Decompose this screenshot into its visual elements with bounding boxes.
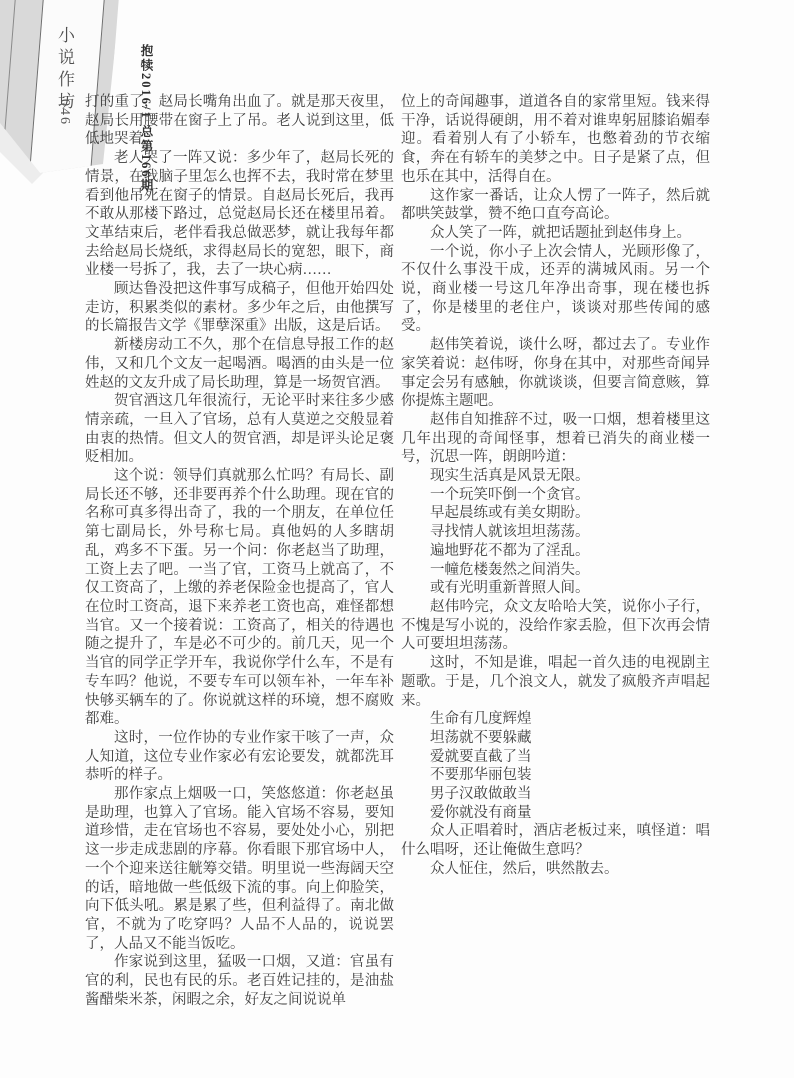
- verse-line: 一幢危楼轰然之间消失。: [401, 561, 710, 580]
- paragraph: 众人正唱着时，酒店老板过来，嗔怪道：唱什么唱呀，还让俺做生意吗？: [401, 822, 710, 859]
- verse-line: 一个玩笑吓倒一个贪官。: [401, 486, 710, 505]
- verse-line: 遍地野花不都为了淫乱。: [401, 542, 710, 561]
- paragraph: 一个说，你小子上次会情人，光顾形像了，不仅什么事没干成，还弄的满城风雨。另一个说…: [401, 243, 710, 337]
- paragraph: 这时，不知是谁，唱起一首久违的电视剧主题歌。于是，几个浪文人，就发了疯般齐声唱起…: [401, 654, 710, 710]
- paragraph: 这作家一番话，让众人愣了一阵子，然后就都哄笑鼓掌，赞不绝口直夸高论。: [401, 187, 710, 224]
- paragraph: 新楼房动工不久，那个在信息导报工作的赵伟，又和几个文友一起喝酒。喝酒的由头是一位…: [85, 336, 394, 392]
- verse-line: 男子汉敢做敢当: [401, 785, 710, 804]
- paragraph: 这个说：领导们真就那么忙吗？有局长、副局长还不够，还非要再养个什么助理。现在官的…: [85, 467, 394, 729]
- verse-line: 坦荡就不要躲藏: [401, 729, 710, 748]
- paragraph: 老人哭了一阵又说：多少年了，赵局长死的情景，在我脑子里怎么也挥不去，我时常在梦里…: [85, 149, 394, 280]
- paragraph: 顾达鲁没把这件事写成稿子，但他开始四处走访，积累类似的素材。多少年之后，由他撰写…: [85, 280, 394, 336]
- paragraph: 赵伟吟完，众文友哈哈大笑，说你小子行，不愧是写小说的，没给作家丢脸，但下次再会情…: [401, 598, 710, 654]
- paragraph: 位上的奇闻趣事，道道各自的家常里短。钱来得干净，话说得硬朗，用不着对谁卑躬屈膝谄…: [401, 93, 710, 187]
- text-column-left: 打的重了，赵局长嘴角出血了。就是那天夜里，赵局长用腰带在窗子上了吊。老人说到这里…: [85, 93, 394, 1009]
- verse-line: 或有光明重新普照人间。: [401, 579, 710, 598]
- text-column-right: 位上的奇闻趣事，道道各自的家常里短。钱来得干净，话说得硬朗，用不着对谁卑躬屈膝谄…: [401, 93, 710, 879]
- verse-line: 不要那华丽包装: [401, 766, 710, 785]
- page-number: 046: [56, 99, 72, 126]
- paragraph: 赵伟笑着说，谈什么呀，都过去了。专业作家笑着说：赵伟呀，你身在其中，对那些奇闻异…: [401, 336, 710, 411]
- paragraph: 那作家点上烟吸一口，笑悠悠道：你老赵虽是助理，也算入了官场。能入官场不容易，要知…: [85, 785, 394, 953]
- paragraph: 贺官酒这几年很流行，无论平时来往多少感情亲疏，一旦入了官场，总有人莫逆之交般显着…: [85, 392, 394, 467]
- verse-line: 爱就要直截了当: [401, 748, 710, 767]
- verse-line: 生命有几度辉煌: [401, 710, 710, 729]
- paragraph: 作家说到这里，猛吸一口烟，又道：官虽有官的利，民也有民的乐。老百姓记挂的，是油盐…: [85, 953, 394, 1009]
- verse-line: 现实生活真是风景无限。: [401, 467, 710, 486]
- verse-line: 寻找情人就该坦坦荡荡。: [401, 523, 710, 542]
- paragraph: 这时，一位作协的专业作家干咳了一声，众人知道，这位专业作家必有宏论要发，就都洗耳…: [85, 729, 394, 785]
- paragraph: 众人怔住，然后，哄然散去。: [401, 860, 710, 879]
- verse-line: 爱你就没有商量: [401, 804, 710, 823]
- paragraph: 打的重了，赵局长嘴角出血了。就是那天夜里，赵局长用腰带在窗子上了吊。老人说到这里…: [85, 93, 394, 149]
- paragraph: 赵伟自知推辞不过，吸一口烟，想着楼里这几年出现的奇闻怪事，想着已消失的商业楼一号…: [401, 411, 710, 467]
- paragraph: 众人笑了一阵，就把话题扯到赵伟身上。: [401, 224, 710, 243]
- verse-line: 早起晨练或有美女期盼。: [401, 504, 710, 523]
